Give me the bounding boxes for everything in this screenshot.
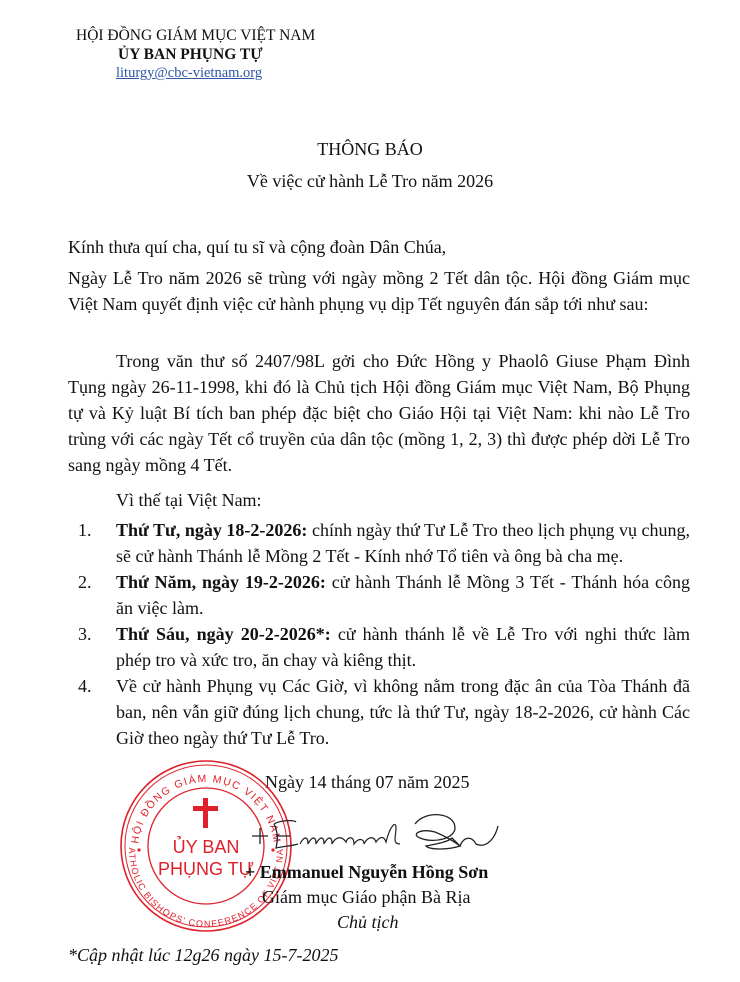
document-subtitle: Về việc cử hành Lễ Tro năm 2026	[0, 171, 740, 192]
signing-date: Ngày 14 tháng 07 năm 2025	[265, 772, 469, 793]
lead-line: Vì thế tại Việt Nam:	[116, 487, 676, 513]
list-number: 3.	[78, 621, 116, 673]
list-item-date: Thứ Năm, ngày 19-2-2026:	[116, 572, 326, 592]
svg-text:PHỤNG TỰ: PHỤNG TỰ	[158, 859, 254, 879]
decision-list: 1. Thứ Tư, ngày 18-2-2026: chính ngày th…	[78, 517, 690, 751]
salutation: Kính thưa quí cha, quí tu sĩ và cộng đoà…	[68, 234, 690, 260]
list-item: 4. Về cử hành Phụng vụ Các Giờ, vì không…	[78, 673, 690, 751]
handwritten-signature	[250, 806, 500, 866]
list-item-text: Về cử hành Phụng vụ Các Giờ, vì không nằ…	[116, 676, 690, 748]
signer-name: + Emmanuel Nguyễn Hồng Sơn	[245, 862, 488, 883]
list-item-date: Thứ Sáu, ngày 20-2-2026*:	[116, 624, 331, 644]
svg-text:ỦY BAN: ỦY BAN	[173, 836, 240, 857]
list-number: 1.	[78, 517, 116, 569]
org-name: HỘI ĐỒNG GIÁM MỤC VIỆT NAM	[76, 27, 315, 45]
intro-paragraph: Ngày Lễ Tro năm 2026 sẽ trùng với ngày m…	[68, 265, 690, 317]
list-number: 4.	[78, 673, 116, 751]
update-footnote: *Cập nhật lúc 12g26 ngày 15-7-2025	[68, 945, 338, 966]
document-title: THÔNG BÁO	[0, 139, 740, 160]
cross-icon	[203, 798, 208, 828]
background-paragraph: Trong văn thư số 2407/98L gởi cho Đức Hồ…	[68, 348, 690, 478]
list-item-date: Thứ Tư, ngày 18-2-2026:	[116, 520, 307, 540]
list-item: 2. Thứ Năm, ngày 19-2-2026: cử hành Thán…	[78, 569, 690, 621]
committee-name: ỦY BAN PHỤNG TỰ	[118, 46, 263, 64]
email-link[interactable]: liturgy@cbc-vietnam.org	[116, 65, 262, 82]
list-number: 2.	[78, 569, 116, 621]
signer-role: Chủ tịch	[337, 912, 399, 933]
list-item: 3. Thứ Sáu, ngày 20-2-2026*: cử hành thá…	[78, 621, 690, 673]
list-item: 1. Thứ Tư, ngày 18-2-2026: chính ngày th…	[78, 517, 690, 569]
signer-position: Giám mục Giáo phận Bà Rịa	[262, 887, 470, 908]
